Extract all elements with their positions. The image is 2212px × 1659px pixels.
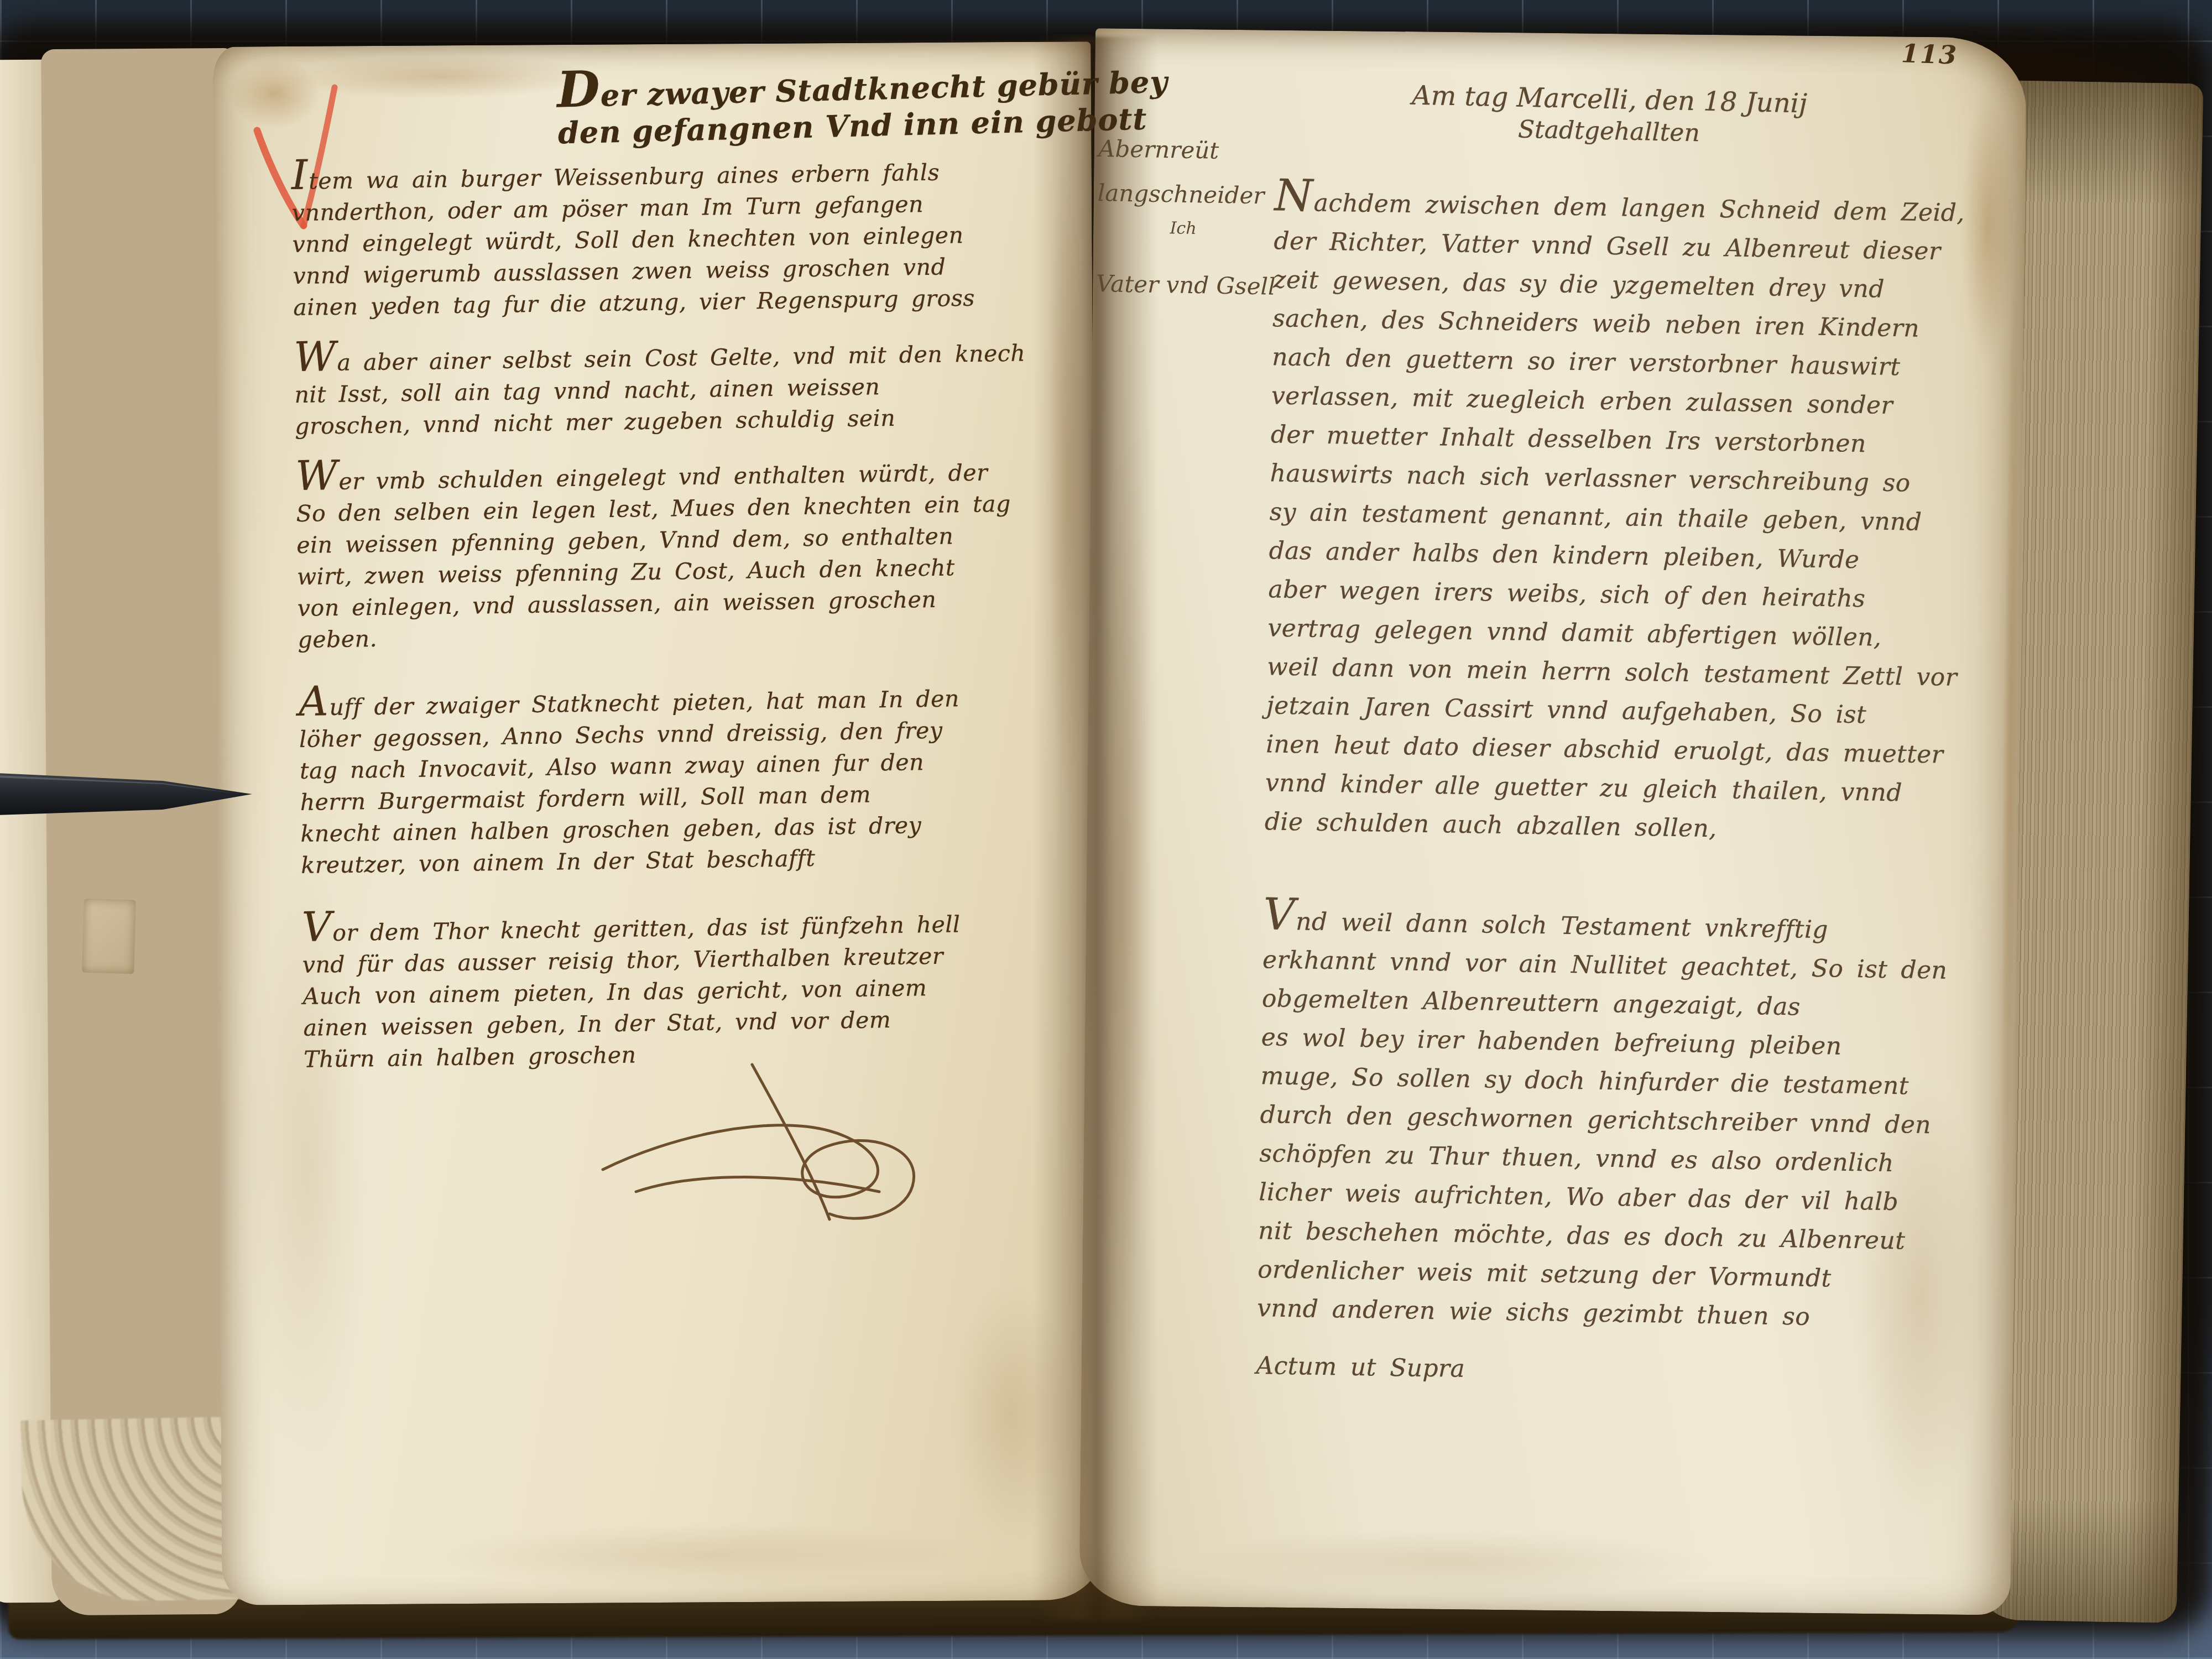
right-paragraph-2: Vnd weil dann solch Testament vnkrefftig… bbox=[1257, 895, 2021, 1339]
left-paragraph-2: Wa aber ainer selbst sein Cost Gelte, vn… bbox=[294, 329, 1080, 442]
manuscript-photo: Der zwayer Stadtknecht gebür beyden gefa… bbox=[0, 0, 2212, 1659]
right-page-heading: Am tag Marcelli, den 18 JunijStadtgehall… bbox=[1327, 77, 1892, 153]
manuscript-text-line: Vater vnd Gsell bbox=[1095, 262, 1284, 309]
paper-tab bbox=[82, 899, 136, 974]
manuscript-text-line: Abernreüt bbox=[1098, 127, 1286, 174]
metal-pointer bbox=[0, 761, 268, 833]
right-page-body: Nachdem zwischen dem langen Schneid dem … bbox=[1256, 176, 2032, 1397]
right-paragraph-1: Nachdem zwischen dem langen Schneid dem … bbox=[1264, 176, 2032, 853]
left-paragraph-3: Wer vmb schulden eingelegt vnd enthalten… bbox=[295, 448, 1083, 656]
left-paragraph-4: Auff der zwaiger Statknecht pieten, hat … bbox=[299, 674, 1087, 881]
left-page-heading: Der zwayer Stadtknecht gebür beyden gefa… bbox=[556, 58, 1083, 151]
manuscript-text-line: langschneider bbox=[1097, 171, 1286, 218]
folio-number: 113 bbox=[1901, 38, 1990, 71]
calligraphic-flourish bbox=[570, 1053, 957, 1236]
manuscript-text-line: Ich bbox=[1097, 215, 1285, 243]
left-page-body: Item wa ain burger Weissenburg aines erb… bbox=[291, 147, 1089, 1076]
left-paragraph-5: Vor dem Thor knecht geritten, das ist fü… bbox=[301, 899, 1089, 1076]
right-page-marginalia: AbernreütlangschneiderIchVater vnd Gsell bbox=[1095, 127, 1287, 309]
left-paragraph-1: Item wa ain burger Weissenburg aines erb… bbox=[291, 147, 1078, 324]
